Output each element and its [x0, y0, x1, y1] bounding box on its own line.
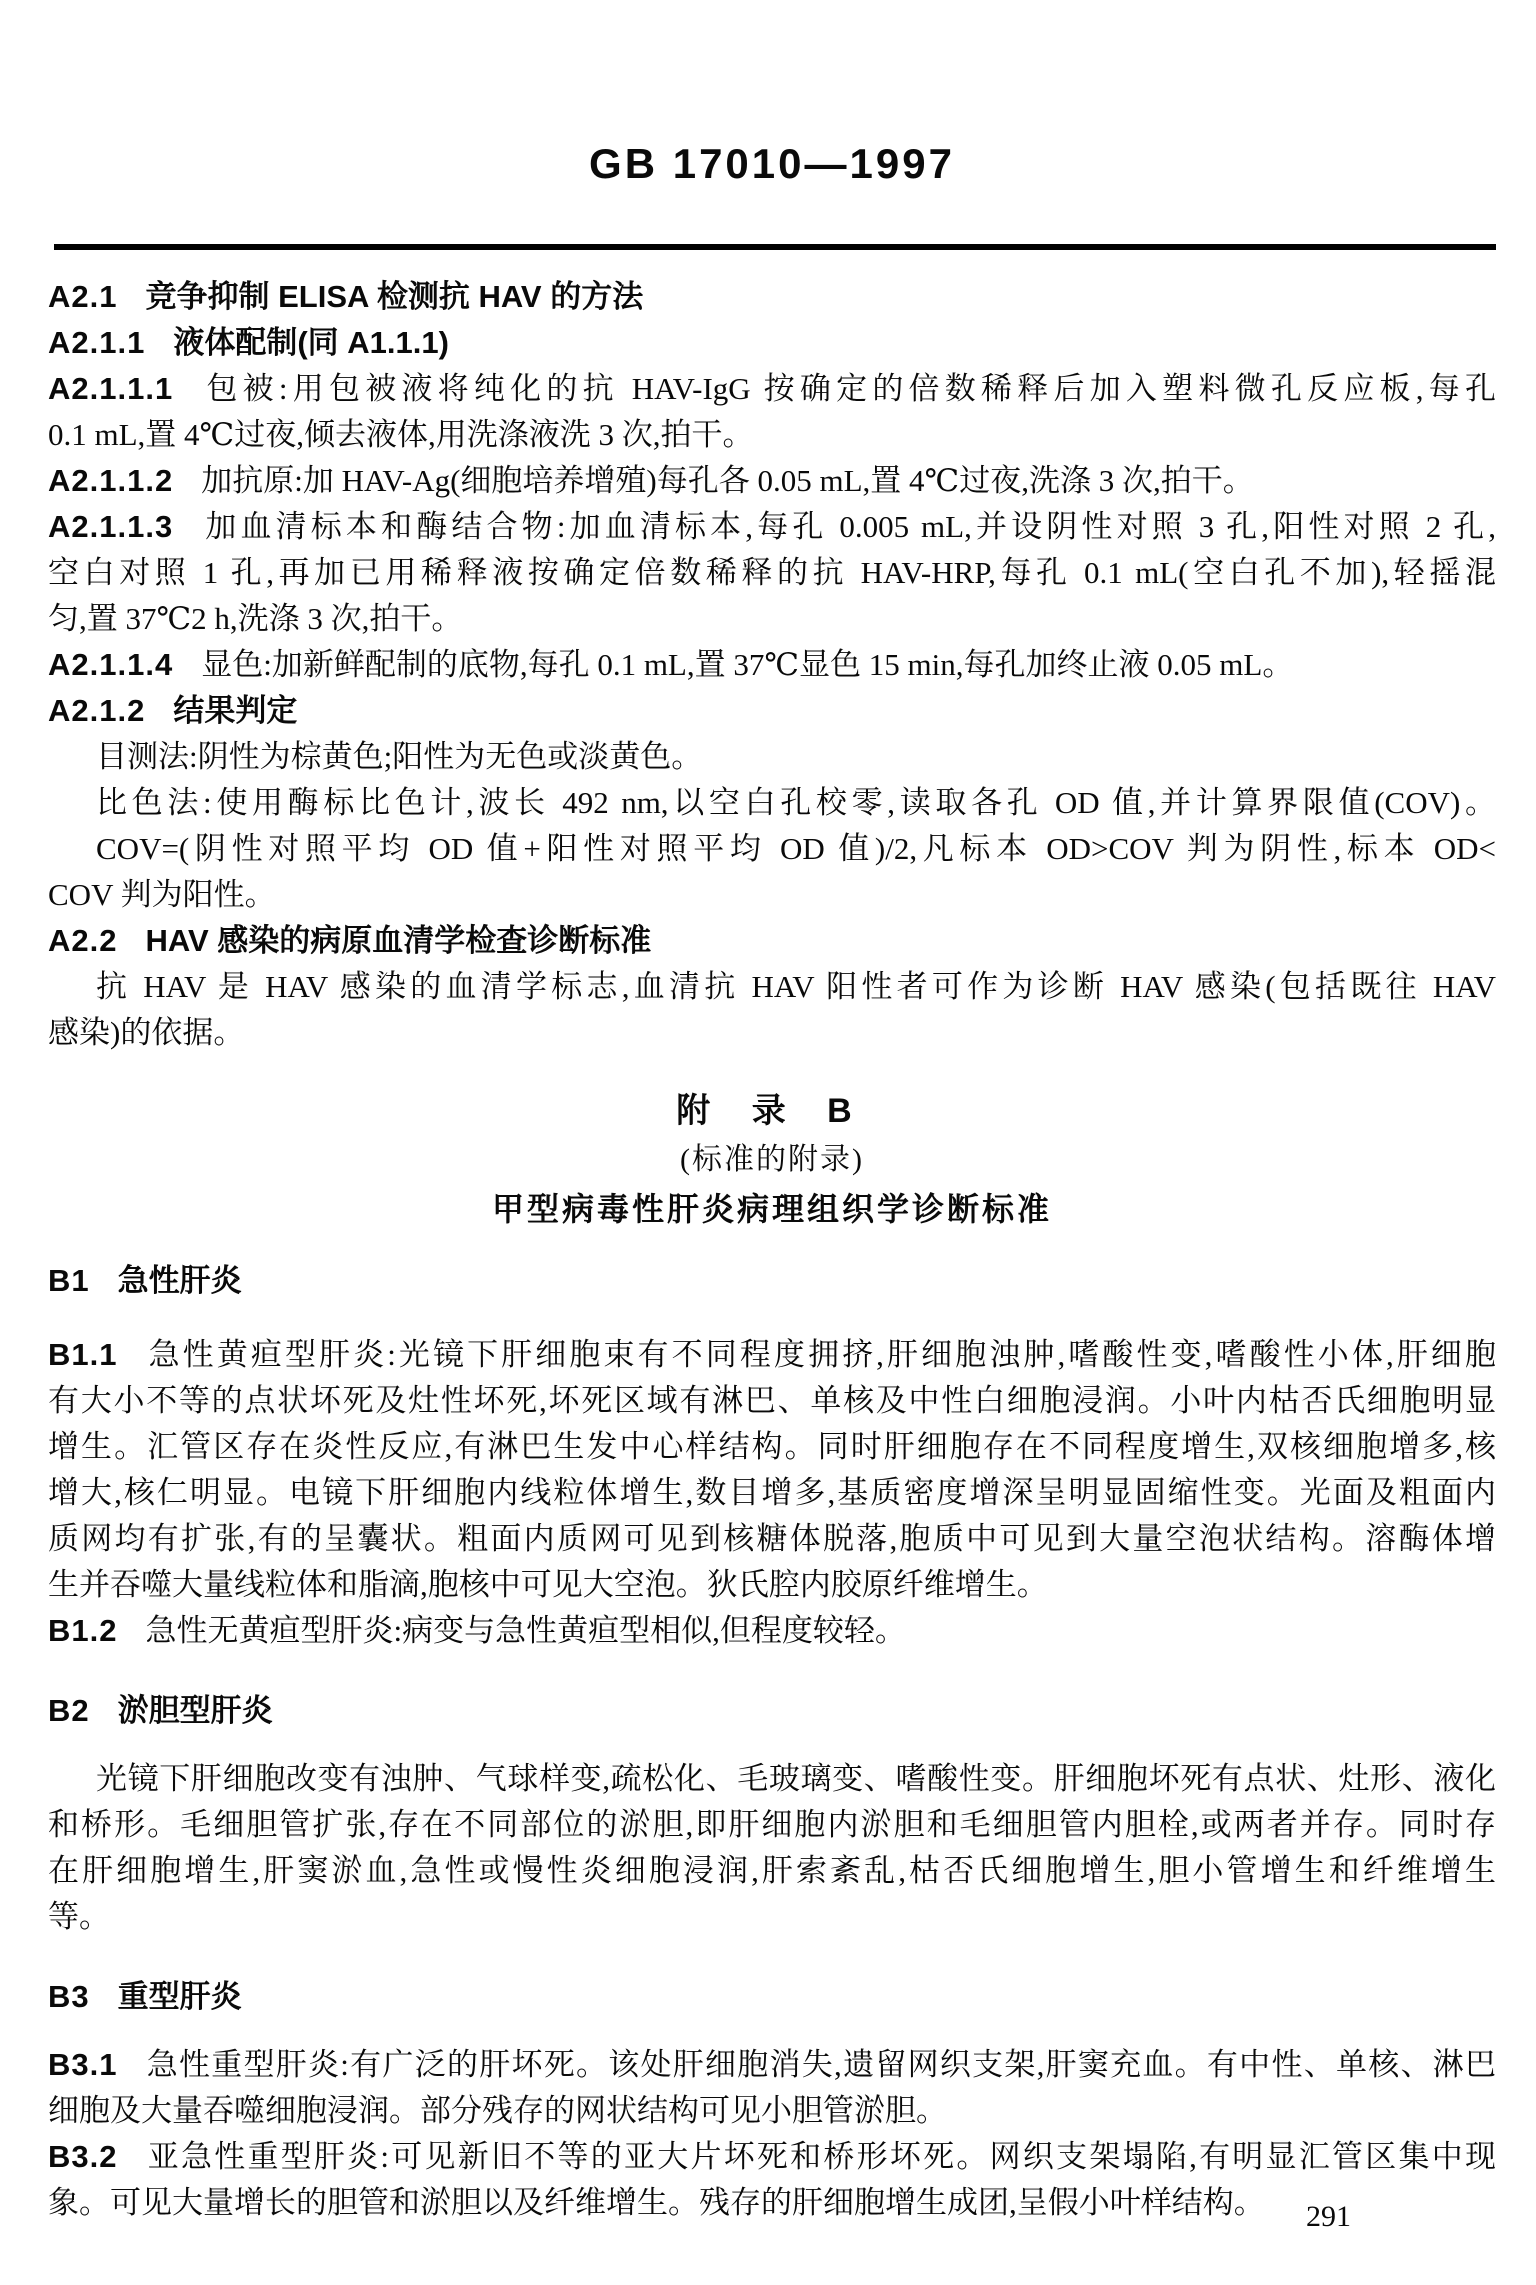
text-line: B1.1急性黄疸型肝炎:光镜下肝细胞束有不同程度拥挤,肝细胞浊肿,嗜酸性变,嗜酸… — [48, 1332, 1496, 1378]
text-line: B1.2急性无黄疸型肝炎:病变与急性黄疸型相似,但程度较轻。 — [48, 1608, 1496, 1654]
line-text: 象。可见大量增长的胆管和淤胆以及纤维增生。残存的肝细胞增生成团,呈假小叶样结构。 — [48, 2185, 1265, 2220]
section-b-clauses: B1急性肝炎B1.1急性黄疸型肝炎:光镜下肝细胞束有不同程度拥挤,肝细胞浊肿,嗜… — [48, 1258, 1496, 2226]
line-text: 加血清标本和酶结合物:加血清标本,每孔 0.005 mL,并设阴性对照 3 孔,… — [201, 509, 1496, 544]
section-heading-line: B3重型肝炎 — [48, 1974, 1496, 2020]
clause-number: B3 — [48, 1979, 90, 2014]
line-text: 0.1 mL,置 4℃过夜,倾去液体,用洗涤液洗 3 次,拍干。 — [48, 417, 753, 452]
section-heading-line: B1急性肝炎 — [48, 1258, 1496, 1304]
text-line: 比色法:使用酶标比色计,波长 492 nm,以空白孔校零,读取各孔 OD 值,并… — [48, 780, 1496, 826]
line-text: 加抗原:加 HAV-Ag(细胞培养增殖)每孔各 0.05 mL,置 4℃过夜,洗… — [201, 463, 1254, 498]
line-text: COV=(阴性对照平均 OD 值+阳性对照平均 OD 值)/2,凡标本 OD>C… — [96, 831, 1496, 866]
standard-number: GB 17010—1997 — [48, 140, 1496, 188]
text-line: A2.1.1.3加血清标本和酶结合物:加血清标本,每孔 0.005 mL,并设阴… — [48, 504, 1496, 550]
line-text: 感染)的依据。 — [48, 1015, 244, 1050]
clause-number: B1 — [48, 1263, 90, 1298]
text-line: 感染)的依据。 — [48, 1010, 1496, 1056]
section-a2-clauses: A2.1竞争抑制 ELISA 检测抗 HAV 的方法A2.1.1液体配制(同 A… — [48, 274, 1496, 1056]
clause-number: A2.1.1 — [48, 325, 145, 360]
text-line: 空白对照 1 孔,再加已用稀释液按确定倍数稀释的抗 HAV-HRP,每孔 0.1… — [48, 550, 1496, 596]
header-rule — [54, 244, 1496, 250]
line-text: 比色法:使用酶标比色计,波长 492 nm,以空白孔校零,读取各孔 OD 值,并… — [96, 785, 1496, 820]
line-text: 有大小不等的点状坏死及灶性坏死,坏死区域有淋巴、单核及中性白细胞浸润。小叶内枯否… — [48, 1383, 1496, 1418]
text-line: 生并吞噬大量线粒体和脂滴,胞核中可见大空泡。狄氏腔内胶原纤维增生。 — [48, 1562, 1496, 1608]
line-text: 增大,核仁明显。电镜下肝细胞内线粒体增生,数目增多,基质密度增深呈明显固缩性变。… — [48, 1475, 1496, 1510]
clause-number: B3.1 — [48, 2047, 117, 2082]
line-text: 显色:加新鲜配制的底物,每孔 0.1 mL,置 37℃显色 15 min,每孔加… — [201, 647, 1293, 682]
text-line: 匀,置 37℃2 h,洗涤 3 次,拍干。 — [48, 596, 1496, 642]
text-line: COV 判为阳性。 — [48, 872, 1496, 918]
text-line: 象。可见大量增长的胆管和淤胆以及纤维增生。残存的肝细胞增生成团,呈假小叶样结构。 — [48, 2180, 1496, 2226]
text-line: 等。 — [48, 1894, 1496, 1940]
text-line: B3.1急性重型肝炎:有广泛的肝坏死。该处肝细胞消失,遗留网织支架,肝窦充血。有… — [48, 2042, 1496, 2088]
line-text: 竞争抑制 ELISA 检测抗 HAV 的方法 — [145, 279, 643, 314]
line-text: 质网均有扩张,有的呈囊状。粗面内质网可见到核糖体脱落,胞质中可见到大量空泡状结构… — [48, 1521, 1496, 1556]
appendix-subtitle: (标准的附录) — [48, 1136, 1496, 1184]
appendix-heading: 甲型病毒性肝炎病理组织学诊断标准 — [48, 1184, 1496, 1234]
text-line: 和桥形。毛细胆管扩张,存在不同部位的淤胆,即肝细胞内淤胆和毛细胆管内胆栓,或两者… — [48, 1802, 1496, 1848]
line-text: 急性黄疸型肝炎:光镜下肝细胞束有不同程度拥挤,肝细胞浊肿,嗜酸性变,嗜酸性小体,… — [145, 1337, 1496, 1372]
text-line: A2.1.1.2加抗原:加 HAV-Ag(细胞培养增殖)每孔各 0.05 mL,… — [48, 458, 1496, 504]
line-text: 和桥形。毛细胆管扩张,存在不同部位的淤胆,即肝细胞内淤胆和毛细胆管内胆栓,或两者… — [48, 1807, 1496, 1842]
text-line: 抗 HAV 是 HAV 感染的血清学标志,血清抗 HAV 阳性者可作为诊断 HA… — [48, 964, 1496, 1010]
section-heading-line: A2.1竞争抑制 ELISA 检测抗 HAV 的方法 — [48, 274, 1496, 320]
text-line: 质网均有扩张,有的呈囊状。粗面内质网可见到核糖体脱落,胞质中可见到大量空泡状结构… — [48, 1516, 1496, 1562]
line-text: 细胞及大量吞噬细胞浸润。部分残存的网状结构可见小胆管淤胆。 — [48, 2093, 947, 2128]
text-line: B3.2亚急性重型肝炎:可见新旧不等的亚大片坏死和桥形坏死。网织支架塌陷,有明显… — [48, 2134, 1496, 2180]
line-text: 急性肝炎 — [118, 1263, 242, 1298]
text-line: A2.1.1.1包被:用包被液将纯化的抗 HAV-IgG 按确定的倍数稀释后加入… — [48, 366, 1496, 412]
line-text: 结果判定 — [173, 693, 297, 728]
clause-number: A2.1 — [48, 279, 117, 314]
line-text: 光镜下肝细胞改变有浊肿、气球样变,疏松化、毛玻璃变、嗜酸性变。肝细胞坏死有点状、… — [96, 1761, 1496, 1796]
line-text: 匀,置 37℃2 h,洗涤 3 次,拍干。 — [48, 601, 462, 636]
clause-number: B2 — [48, 1693, 90, 1728]
line-text: HAV 感染的病原血清学检查诊断标准 — [145, 923, 651, 958]
clause-number: A2.1.1.2 — [48, 463, 173, 498]
clause-number: B1.1 — [48, 1337, 117, 1372]
clause-number: A2.2 — [48, 923, 117, 958]
line-text: COV 判为阳性。 — [48, 877, 276, 912]
text-line: A2.1.1.4显色:加新鲜配制的底物,每孔 0.1 mL,置 37℃显色 15… — [48, 642, 1496, 688]
section-heading-line: A2.1.2结果判定 — [48, 688, 1496, 734]
appendix-title: 附 录 B — [48, 1086, 1496, 1136]
text-line: 目测法:阴性为棕黄色;阳性为无色或淡黄色。 — [48, 734, 1496, 780]
section-heading-line: A2.2HAV 感染的病原血清学检查诊断标准 — [48, 918, 1496, 964]
clause-number: A2.1.1.4 — [48, 647, 173, 682]
line-text: 亚急性重型肝炎:可见新旧不等的亚大片坏死和桥形坏死。网织支架塌陷,有明显汇管区集… — [145, 2139, 1496, 2174]
line-text: 重型肝炎 — [118, 1979, 242, 2014]
line-text: 增生。汇管区存在炎性反应,有淋巴生发中心样结构。同时肝细胞存在不同程度增生,双核… — [48, 1429, 1496, 1464]
text-line: 0.1 mL,置 4℃过夜,倾去液体,用洗涤液洗 3 次,拍干。 — [48, 412, 1496, 458]
text-line: 细胞及大量吞噬细胞浸润。部分残存的网状结构可见小胆管淤胆。 — [48, 2088, 1496, 2134]
appendix-b-header: 附 录 B (标准的附录) 甲型病毒性肝炎病理组织学诊断标准 — [48, 1086, 1496, 1234]
text-line: 增大,核仁明显。电镜下肝细胞内线粒体增生,数目增多,基质密度增深呈明显固缩性变。… — [48, 1470, 1496, 1516]
clause-number: A2.1.2 — [48, 693, 145, 728]
text-line: 有大小不等的点状坏死及灶性坏死,坏死区域有淋巴、单核及中性白细胞浸润。小叶内枯否… — [48, 1378, 1496, 1424]
line-text: 液体配制(同 A1.1.1) — [173, 325, 449, 360]
section-heading-line: B2淤胆型肝炎 — [48, 1688, 1496, 1734]
clause-number: A2.1.1.1 — [48, 371, 173, 406]
line-text: 生并吞噬大量线粒体和脂滴,胞核中可见大空泡。狄氏腔内胶原纤维增生。 — [48, 1567, 1048, 1602]
document-page: GB 17010—1997 A2.1竞争抑制 ELISA 检测抗 HAV 的方法… — [0, 0, 1536, 2285]
page-number: 291 — [1306, 2200, 1351, 2234]
clause-number: B3.2 — [48, 2139, 117, 2174]
line-text: 抗 HAV 是 HAV 感染的血清学标志,血清抗 HAV 阳性者可作为诊断 HA… — [96, 969, 1496, 1004]
line-text: 空白对照 1 孔,再加已用稀释液按确定倍数稀释的抗 HAV-HRP,每孔 0.1… — [48, 555, 1496, 590]
line-text: 目测法:阴性为棕黄色;阳性为无色或淡黄色。 — [96, 739, 702, 774]
line-text: 在肝细胞增生,肝窦淤血,急性或慢性炎细胞浸润,肝索紊乱,枯否氏细胞增生,胆小管增… — [48, 1853, 1496, 1888]
text-line: COV=(阴性对照平均 OD 值+阳性对照平均 OD 值)/2,凡标本 OD>C… — [48, 826, 1496, 872]
text-line: 增生。汇管区存在炎性反应,有淋巴生发中心样结构。同时肝细胞存在不同程度增生,双核… — [48, 1424, 1496, 1470]
text-line: 在肝细胞增生,肝窦淤血,急性或慢性炎细胞浸润,肝索紊乱,枯否氏细胞增生,胆小管增… — [48, 1848, 1496, 1894]
text-line: 光镜下肝细胞改变有浊肿、气球样变,疏松化、毛玻璃变、嗜酸性变。肝细胞坏死有点状、… — [48, 1756, 1496, 1802]
section-heading-line: A2.1.1液体配制(同 A1.1.1) — [48, 320, 1496, 366]
line-text: 急性无黄疸型肝炎:病变与急性黄疸型相似,但程度较轻。 — [145, 1613, 905, 1648]
line-text: 包被:用包被液将纯化的抗 HAV-IgG 按确定的倍数稀释后加入塑料微孔反应板,… — [201, 371, 1496, 406]
clause-number: A2.1.1.3 — [48, 509, 173, 544]
clause-number: B1.2 — [48, 1613, 117, 1648]
line-text: 淤胆型肝炎 — [118, 1693, 273, 1728]
line-text: 等。 — [48, 1899, 110, 1934]
line-text: 急性重型肝炎:有广泛的肝坏死。该处肝细胞消失,遗留网织支架,肝窦充血。有中性、单… — [145, 2047, 1496, 2082]
